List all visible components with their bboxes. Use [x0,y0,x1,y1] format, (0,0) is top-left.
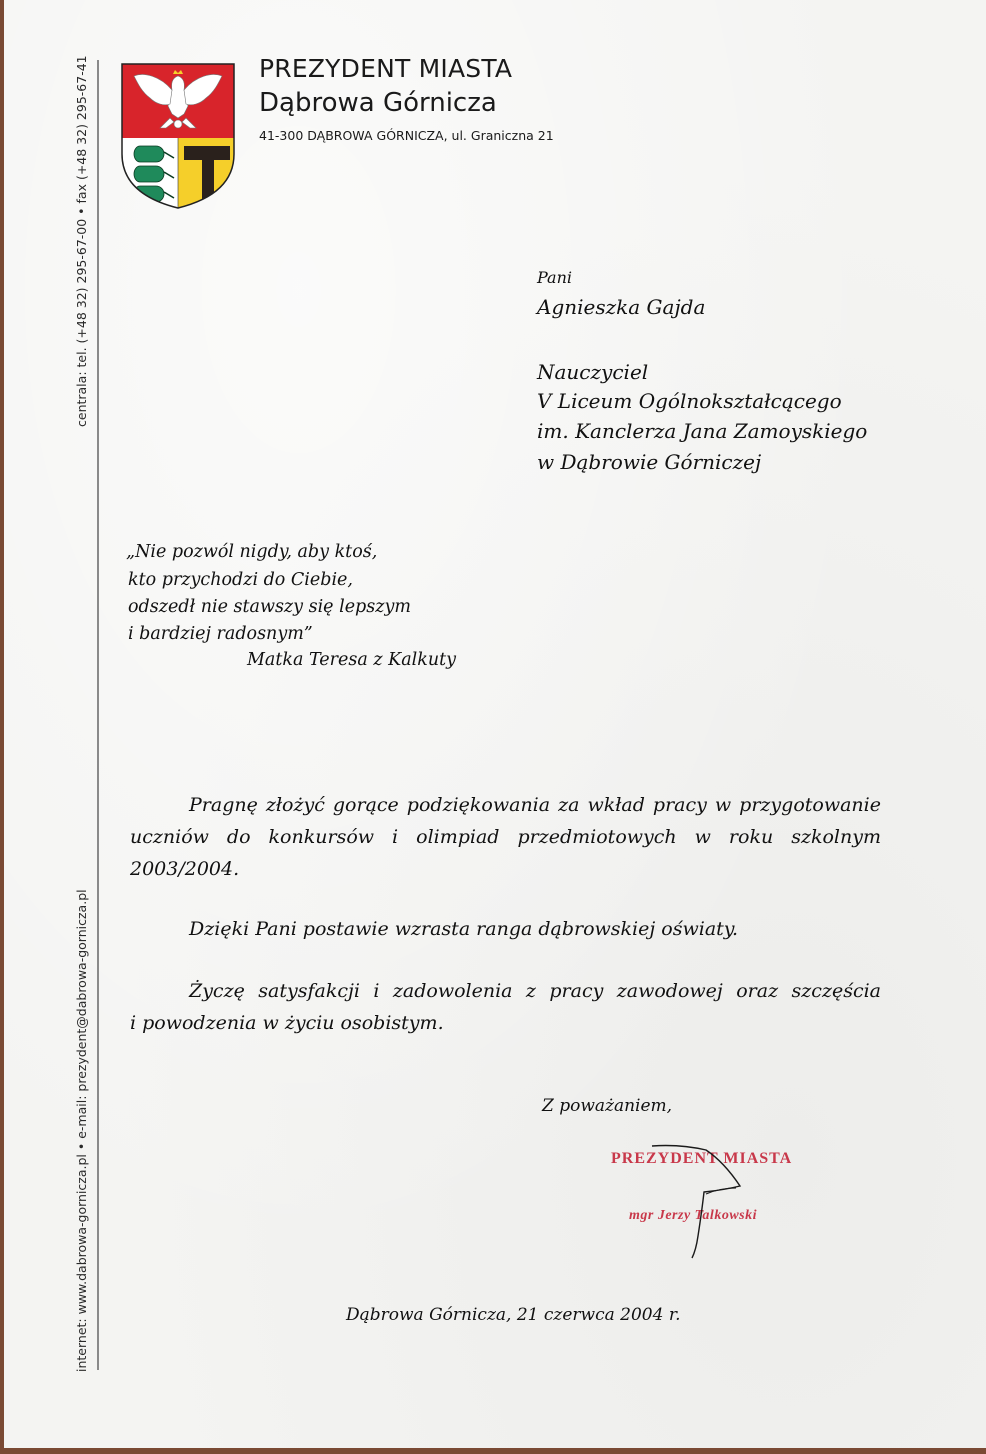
recipient-school-line-2: im. Kanclerza Jana Zamoyskiego [537,419,867,443]
quote-line-4: i bardziej radosnym” [128,624,313,644]
body-p3-line-1: Życzę satysfakcji i zadowolenia z pracy … [189,980,881,1002]
quote-line-2: kto przychodzi do Ciebie, [128,570,353,590]
body-p1-line-1: Pragnę złożyć gorące podziękowania za wk… [189,794,881,816]
coat-of-arms-icon [120,62,236,210]
contact-web-email: internet: www.dabrowa-gornicza.pl • e-ma… [74,889,89,1372]
letterhead-city: Dąbrowa Górnicza [259,88,497,118]
body-p3-line-2: i powodzenia w życiu osobistym. [130,1012,444,1034]
letterhead-address: 41-300 DĄBROWA GÓRNICZA, ul. Graniczna 2… [259,128,554,143]
recipient-salutation: Pani [537,268,572,287]
place-and-date: Dąbrowa Górnicza, 21 czerwca 2004 r. [346,1305,681,1325]
letterhead-title: PREZYDENT MIASTA [259,54,512,83]
quote-line-3: odszedł nie stawszy się lepszym [128,597,411,617]
quote-line-1: „Nie pozwól nigdy, aby ktoś, [126,542,377,562]
quote-author: Matka Teresa z Kalkuty [247,650,456,670]
recipient-school-line-3: w Dąbrowie Górniczej [537,450,761,474]
recipient-school-line-1: V Liceum Ogólnokształcącego [537,389,842,413]
recipient-name: Agnieszka Gajda [537,295,705,319]
letter-page: centrala: tel. (+48 32) 295-67-00 • fax … [4,0,986,1448]
closing-regards: Z poważaniem, [542,1096,672,1116]
body-p1-line-2: uczniów do konkursów i olimpiad przedmio… [130,826,881,848]
body-p1-line-3: 2003/2004. [130,858,239,880]
body-p2: Dzięki Pani postawie wzrasta ranga dąbro… [189,918,738,940]
recipient-role: Nauczyciel [537,360,648,384]
handwritten-signature [644,1140,764,1260]
margin-divider [97,60,99,1370]
contact-phone-fax: centrala: tel. (+48 32) 295-67-00 • fax … [74,55,89,427]
